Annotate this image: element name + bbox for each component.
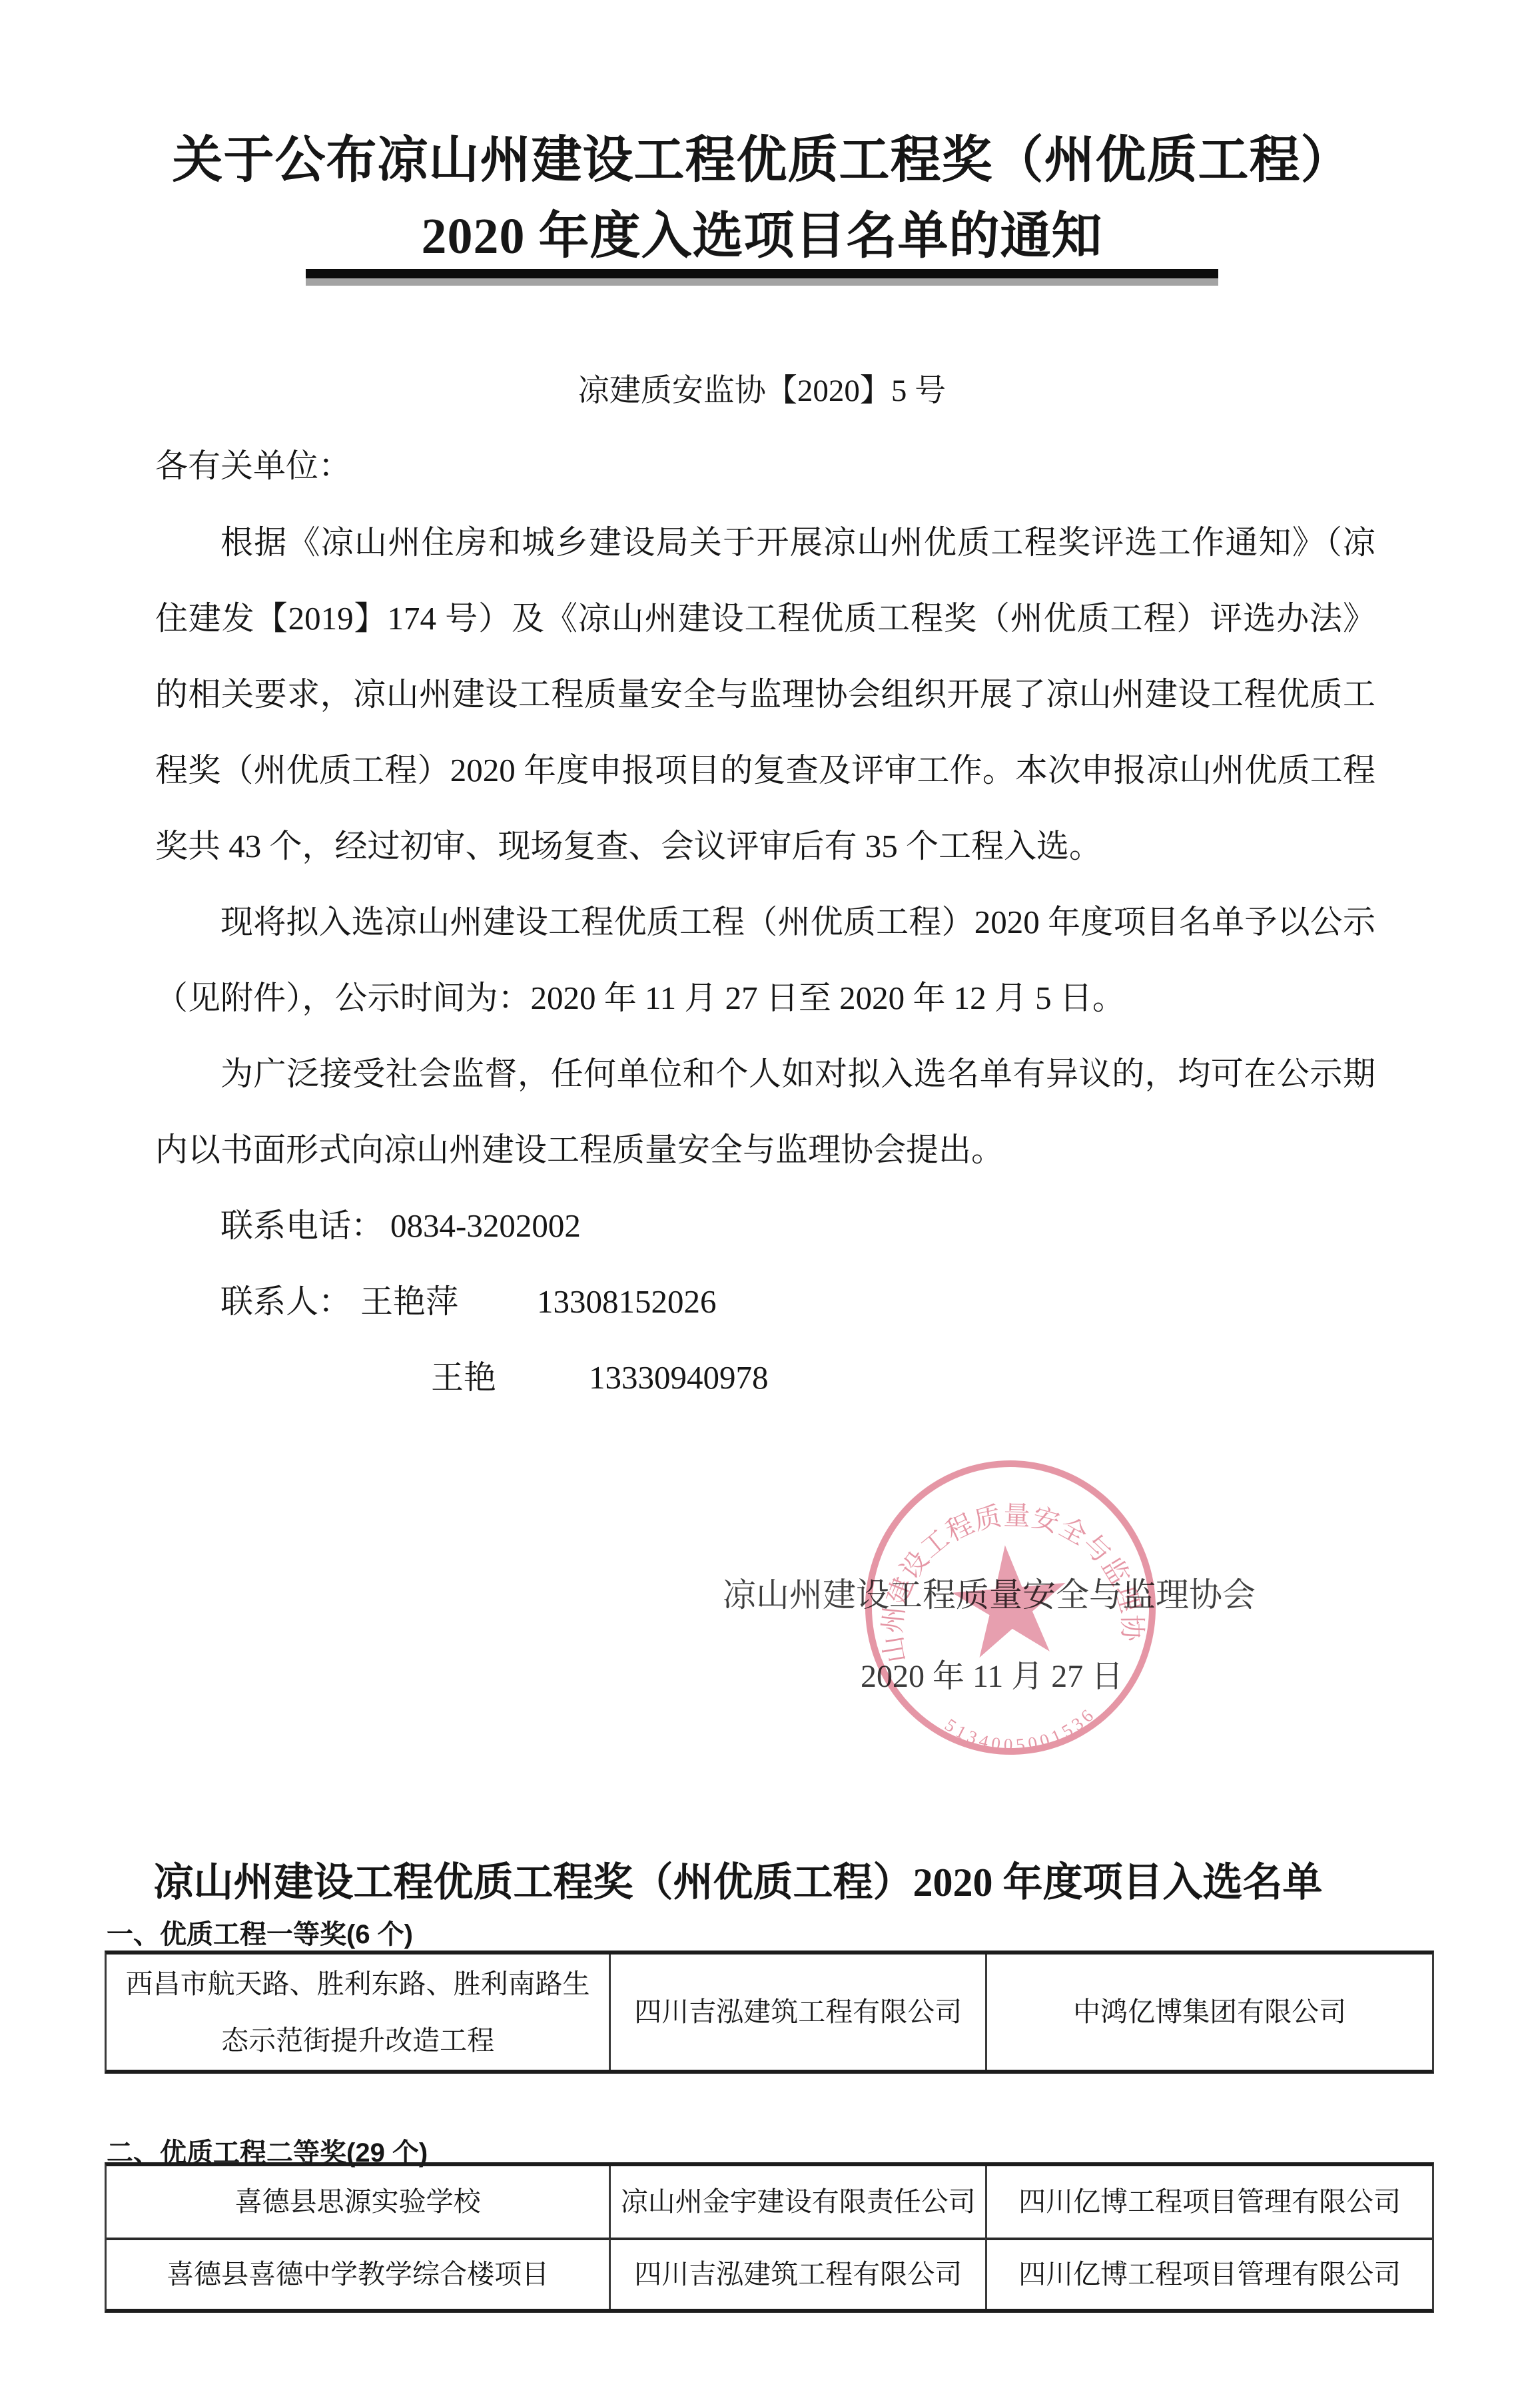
paragraph-publicity: 现将拟入选凉山州建设工程优质工程（州优质工程）2020 年度项目名单予以公示（见… [155,884,1375,1036]
contact-person2-phone: 13330940978 [589,1359,769,1396]
contact-phone-value: 0834-3202002 [390,1207,581,1244]
paragraph-basis: 根据《凉山州住房和城乡建设局关于开展凉山州优质工程奖评选工作通知》（凉住建发【2… [155,505,1375,884]
official-seal-stamp: 凉山州建设工程质量安全与监理协会 5134005001536 [863,1457,1158,1758]
contact-person2-line: 王艳13330940978 [155,1340,1375,1416]
table-cell-builder: 四川吉泓建筑工程有限公司 [609,1955,985,2070]
paragraph-supervision: 为广泛接受社会监督，任何单位和个人如对拟入选名单有异议的，均可在公示期内以书面形… [155,1036,1375,1188]
section-heading-first-prize: 一、优质工程一等奖(6 个) [107,1919,413,1950]
document-page: { "document": { "title_line1": "关于公布凉山州建… [0,0,1524,2408]
contact-person1-name: 王艳萍 [360,1283,458,1320]
contact-phone-line: 联系电话：0834-3202002 [155,1188,1375,1264]
document-title-line1: 关于公布凉山州建设工程优质工程奖（州优质工程） [0,123,1524,198]
title-divider [306,269,1218,286]
table-cell-project: 喜德县喜德中学教学综合楼项目 [107,2238,609,2309]
contact-phone-label: 联系电话： [220,1207,384,1244]
table-cell-project: 喜德县思源实验学校 [107,2166,609,2238]
table-cell-supervisor: 四川亿博工程项目管理有限公司 [985,2166,1432,2238]
divider-black-bar [306,269,1218,278]
attachment-title: 凉山州建设工程优质工程奖（州优质工程）2020 年度项目入选名单 [0,1858,1476,1907]
first-prize-table: 西昌市航天路、胜利东路、胜利南路生态示范街提升改造工程 四川吉泓建筑工程有限公司… [105,1951,1434,2074]
salutation: 各有关单位： [155,428,351,504]
contact-person2-name: 王艳 [431,1359,496,1396]
body-text: 根据《凉山州住房和城乡建设局关于开展凉山州优质工程奖评选工作通知》（凉住建发【2… [155,505,1375,1416]
table-cell-project: 西昌市航天路、胜利东路、胜利南路生态示范街提升改造工程 [107,1955,609,2070]
table-cell-builder: 凉山州金宇建设有限责任公司 [609,2166,985,2238]
table-cell-supervisor: 中鸿亿博集团有限公司 [985,1955,1432,2070]
document-number: 凉建质安监协【2020】5 号 [0,353,1524,429]
contact-person1-line: 联系人：王艳萍13308152026 [155,1264,1375,1340]
seal-star-icon [949,1540,1072,1659]
table-cell-builder: 四川吉泓建筑工程有限公司 [609,2238,985,2309]
contact-person-label: 联系人： [220,1283,351,1320]
seal-serial-number: 5134005001536 [940,1702,1102,1758]
second-prize-table: 喜德县思源实验学校 凉山州金宇建设有限责任公司 四川亿博工程项目管理有限公司 喜… [105,2162,1434,2313]
document-title-line2: 2020 年度入选项目名单的通知 [0,198,1524,274]
divider-gray-bar [306,278,1218,286]
table-cell-supervisor: 四川亿博工程项目管理有限公司 [985,2238,1432,2309]
contact-person1-phone: 13308152026 [537,1283,717,1320]
